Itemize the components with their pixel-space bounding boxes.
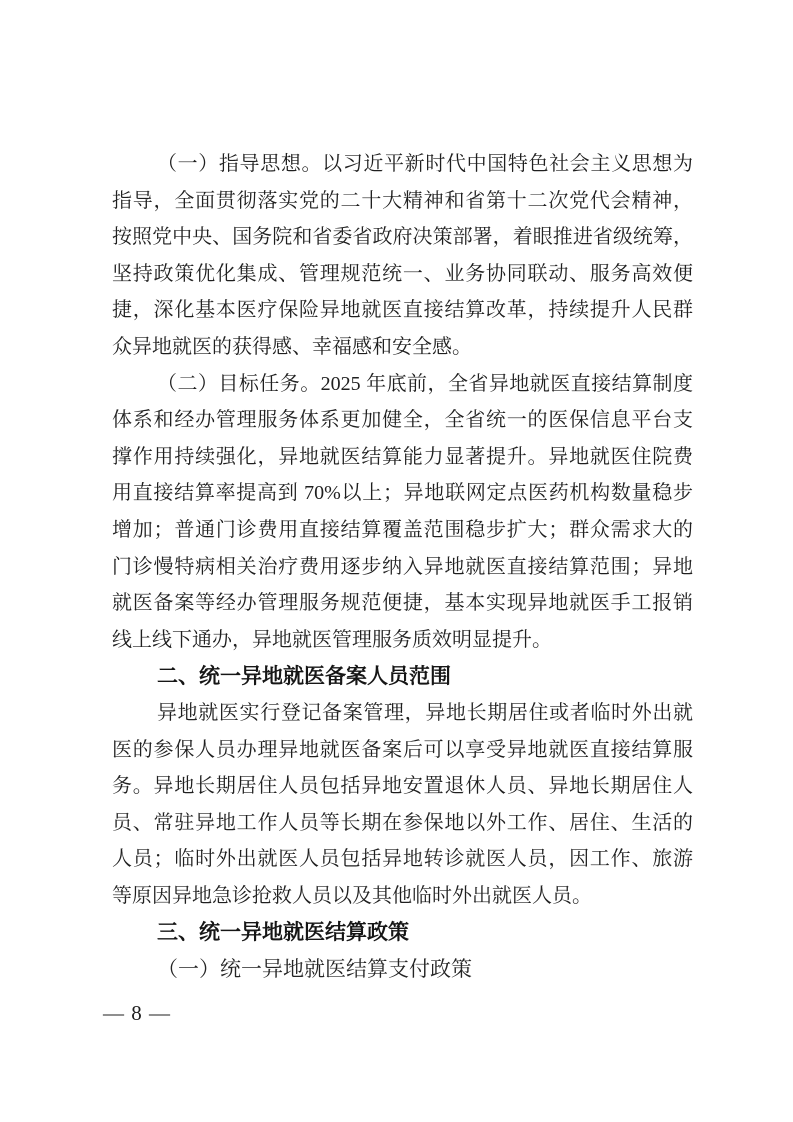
text-line: （一）指导思想。以习近平新时代中国特色社会主义思想为	[112, 146, 693, 183]
text-line: 增加；普通门诊费用直接结算覆盖范围稳步扩大；群众需求大的	[112, 512, 693, 549]
text-line: 务。异地长期居住人员包括异地安置退休人员、异地长期居住人	[112, 768, 693, 805]
subheading-line: （一）统一异地就医结算支付政策	[112, 951, 693, 988]
text-line: 撑作用持续强化，异地就医结算能力显著提升。异地就医住院费	[112, 439, 693, 476]
document-body: （一）指导思想。以习近平新时代中国特色社会主义思想为指导，全面贯彻落实党的二十大…	[112, 146, 693, 988]
heading-line: 三、统一异地就医结算政策	[112, 914, 693, 951]
text-line: 人员；临时外出就医人员包括异地转诊就医人员，因工作、旅游	[112, 841, 693, 878]
text-line: 线上线下通办，异地就医管理服务质效明显提升。	[112, 622, 693, 659]
heading-line: 二、统一异地就医备案人员范围	[112, 658, 693, 695]
document-page: （一）指导思想。以习近平新时代中国特色社会主义思想为指导，全面贯彻落实党的二十大…	[0, 0, 793, 1122]
text-line: 员、常驻异地工作人员等长期在参保地以外工作、居住、生活的	[112, 805, 693, 842]
text-line: 等原因异地急诊抢救人员以及其他临时外出就医人员。	[112, 878, 693, 915]
text-line: 按照党中央、国务院和省委省政府决策部署，着眼推进省级统筹，	[112, 219, 693, 256]
text-line: 捷，深化基本医疗保险异地就医直接结算改革，持续提升人民群	[112, 292, 693, 329]
text-line: 指导，全面贯彻落实党的二十大精神和省第十二次党代会精神，	[112, 183, 693, 220]
text-line: 医的参保人员办理异地就医备案后可以享受异地就医直接结算服	[112, 732, 693, 769]
page-number: — 8 —	[103, 1001, 171, 1026]
text-line: 用直接结算率提高到 70%以上；异地联网定点医药机构数量稳步	[112, 475, 693, 512]
text-line: 坚持政策优化集成、管理规范统一、业务协同联动、服务高效便	[112, 256, 693, 293]
text-line: 门诊慢特病相关治疗费用逐步纳入异地就医直接结算范围；异地	[112, 549, 693, 586]
text-line: 就医备案等经办管理服务规范便捷，基本实现异地就医手工报销	[112, 585, 693, 622]
text-line: 体系和经办管理服务体系更加健全，全省统一的医保信息平台支	[112, 402, 693, 439]
text-line: 众异地就医的获得感、幸福感和安全感。	[112, 329, 693, 366]
text-line: 异地就医实行登记备案管理，异地长期居住或者临时外出就	[112, 695, 693, 732]
text-line: （二）目标任务。2025 年底前，全省异地就医直接结算制度	[112, 366, 693, 403]
